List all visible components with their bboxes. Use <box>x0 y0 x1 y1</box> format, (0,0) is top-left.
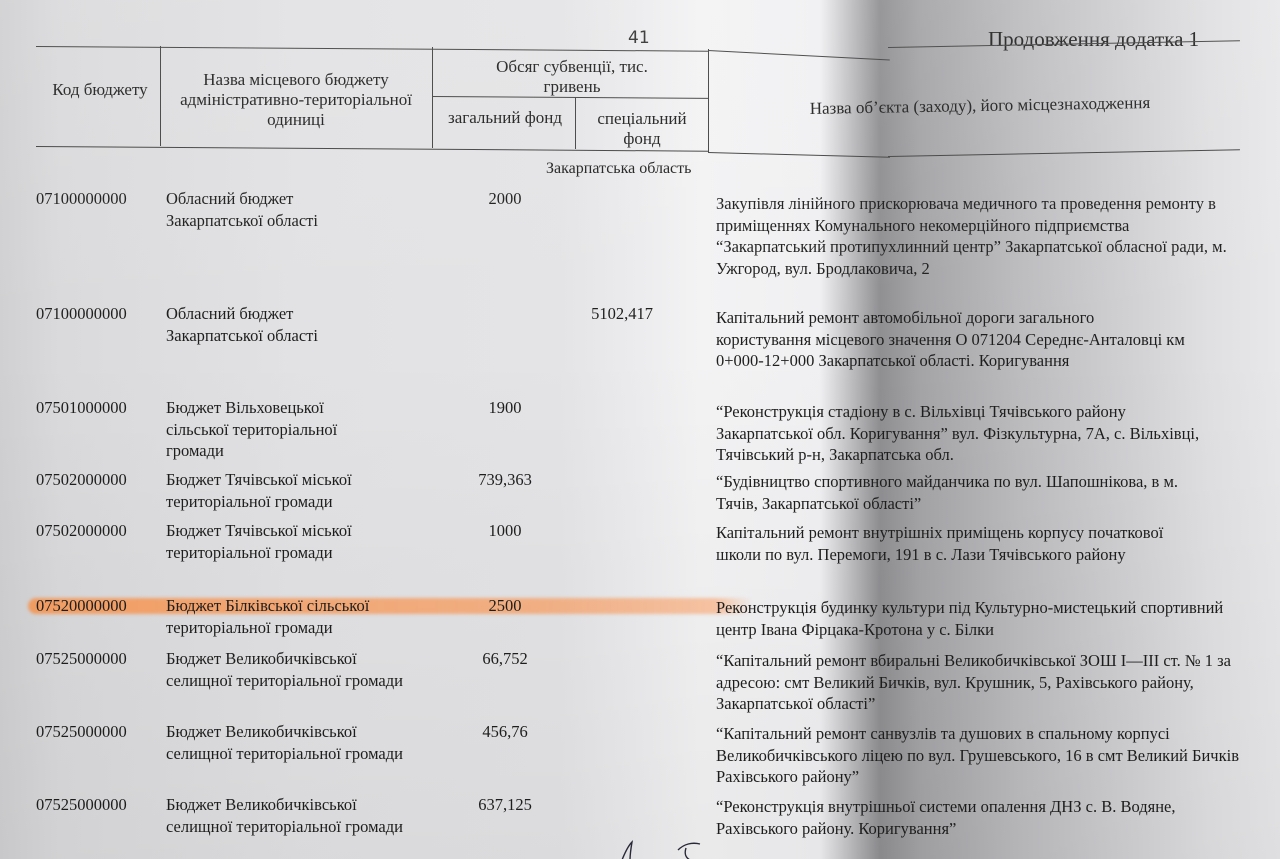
header-top-rule-right <box>708 50 890 61</box>
handwritten-signature <box>600 838 720 859</box>
row-code: 07100000000 <box>36 303 127 325</box>
row-code: 07501000000 <box>36 397 127 419</box>
row-object: “Капітальний ремонт вбиральні Великобичк… <box>716 650 1241 715</box>
col-divider-1 <box>160 46 161 146</box>
row-budget-name: Бюджет Тячівської міської територіальної… <box>166 520 401 563</box>
col-divider-4 <box>708 49 709 152</box>
col-divider-3 <box>575 97 576 149</box>
row-code: 07100000000 <box>36 188 127 210</box>
row-budget-name: Обласний бюджет Закарпатської області <box>166 303 366 346</box>
row-budget-name: Бюджет Тячівської міської територіальної… <box>166 469 401 512</box>
header-code: Код бюджету <box>50 80 150 100</box>
row-object: Капітальний ремонт автомобільної дороги … <box>716 307 1186 372</box>
header-bottom-rule-right <box>708 152 890 158</box>
row-code: 07502000000 <box>36 520 127 542</box>
row-general-fund: 739,363 <box>440 469 570 491</box>
row-code: 07525000000 <box>36 648 127 670</box>
row-budget-name: Бюджет Білківської сільської територіаль… <box>166 595 426 638</box>
header-top-rule <box>36 46 708 52</box>
row-budget-name: Бюджет Вільховецької сільської територіа… <box>166 397 386 462</box>
row-object: Реконструкція будинку культури під Культ… <box>716 597 1246 640</box>
row-code: 07502000000 <box>36 469 127 491</box>
page-number: 41 <box>628 28 650 48</box>
row-object: “Реконструкція стадіону в с. Вільхівці Т… <box>716 401 1226 466</box>
row-general-fund: 1900 <box>440 397 570 419</box>
col-divider-2 <box>432 47 433 148</box>
row-general-fund: 2500 <box>440 595 570 617</box>
row-object: Закупівля лінійного прискорювача медично… <box>716 193 1236 279</box>
region-label: Закарпатська область <box>546 160 691 178</box>
row-object: “Капітальний ремонт санвузлів та душових… <box>716 723 1261 788</box>
header-object-name: Назва об’єкта (заходу), його місцезнаход… <box>760 92 1200 120</box>
row-object: “Реконструкція внутрішньої системи опале… <box>716 796 1196 839</box>
row-code: 07525000000 <box>36 794 127 816</box>
continuation-label: Продовження додатка 1 <box>988 27 1199 52</box>
row-general-fund: 66,752 <box>440 648 570 670</box>
row-budget-name: Обласний бюджет Закарпатської області <box>166 188 366 231</box>
header-subvention-volume: Обсяг субвенції, тис. гривень <box>482 57 662 97</box>
header-budget-name: Назва місцевого бюджету адміністративно-… <box>176 70 416 130</box>
row-special-fund: 5102,417 <box>552 303 692 325</box>
row-general-fund: 637,125 <box>440 794 570 816</box>
row-object: “Будівництво спортивного майданчика по в… <box>716 471 1196 514</box>
row-object: Капітальний ремонт внутрішніх приміщень … <box>716 522 1186 565</box>
row-budget-name: Бюджет Великобичківської селищної терито… <box>166 721 406 764</box>
row-budget-name: Бюджет Великобичківської селищної терито… <box>166 648 406 691</box>
row-budget-name: Бюджет Великобичківської селищної терито… <box>166 794 406 837</box>
header-special-fund: спеціальний фонд <box>582 109 702 149</box>
row-general-fund: 2000 <box>440 188 570 210</box>
row-general-fund: 456,76 <box>440 721 570 743</box>
row-code: 07520000000 <box>36 595 127 617</box>
row-code: 07525000000 <box>36 721 127 743</box>
document-page: 41 Продовження додатка 1 Код бюджету Наз… <box>0 0 1280 859</box>
header-general-fund: загальний фонд <box>445 108 565 128</box>
row-general-fund: 1000 <box>440 520 570 542</box>
header-bottom-rule-far <box>888 149 1240 157</box>
